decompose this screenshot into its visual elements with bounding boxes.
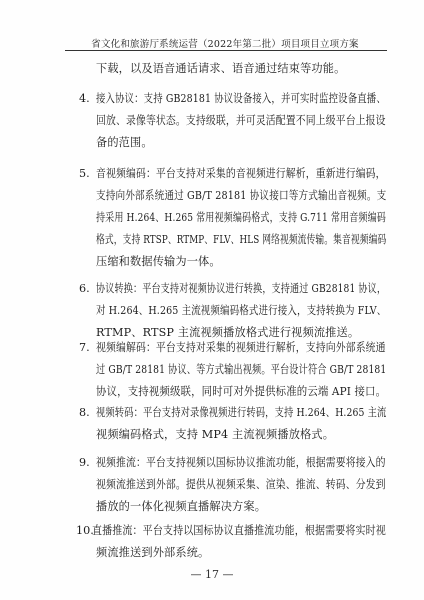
item-line: 回放、录像等状态。支持级联，并可灵活配置不同上级平台上报设 — [96, 114, 386, 128]
item-line: RTMP、RTSP 主流视频播放格式进行视频流推送。 — [96, 326, 359, 340]
item-number: 4. — [79, 92, 90, 106]
item-line: 视频流推送到外部。提供从视频采集、渲染、推流、转码、分发到 — [96, 478, 386, 492]
item-line: 接入协议：支持 GB28181 协议设备接入，并可实时监控设备直播、 — [96, 92, 386, 106]
item-line: 音视频编码：平台支持对采集的音视频进行解析，重新进行编码， — [96, 167, 386, 181]
continuation-line: 下载，以及语音通话请求、语音通过结束等功能。 — [96, 62, 345, 76]
item-line: 视频推流：平台支持视频以国标协议推流功能，根据需要将接入的 — [96, 456, 386, 470]
item-number: 9. — [79, 456, 90, 470]
item-line: 协议，支持视频级联，同时可对外提供标准的云端 API 接口。 — [96, 385, 386, 399]
item-line: 播放的一体化视频直播解决方案。 — [96, 500, 266, 514]
running-header: 省文化和旅游厅系统运营（2022年第二批）项目项目立项方案 — [65, 36, 385, 50]
item-line: 频流推送到外部系统。 — [96, 546, 209, 560]
item-number: 6. — [79, 282, 90, 296]
item-line: 对 H.264、H.265 主流视频编码格式进行接入，支持转换为 FLV、 — [96, 304, 386, 318]
item-line: 支持向外部系统通过 GB/T 28181 协议接口等方式输出音视频。支 — [96, 189, 386, 203]
item-number: 8. — [79, 406, 90, 420]
page-number: — 17 — — [0, 568, 424, 581]
item-line: 压缩和数据传输为一体。 — [96, 255, 221, 269]
item-number: 5. — [79, 167, 90, 181]
item-line: 视频编解码：平台支持对采集的视频进行解析，支持向外部系统通 — [96, 341, 386, 355]
item-line: 视频转码：平台支持对录像视频进行转码，支持 H.264、H.265 主流 — [96, 406, 386, 420]
header-rule — [65, 50, 387, 51]
item-line: 协议转换：平台支持对视频协议进行转换，支持通过 GB28181 协议， — [96, 282, 386, 296]
item-line: 视频编码格式，支持 MP4 主流视频播放格式。 — [96, 428, 334, 442]
item-line: 过 GB/T 28181 协议、等方式输出视频。平台设计符合 GB/T 2818… — [96, 363, 386, 377]
item-number: 7. — [79, 341, 90, 355]
document-page: 省文化和旅游厅系统运营（2022年第二批）项目项目立项方案 下载，以及语音通话请… — [0, 0, 424, 600]
item-line: 格式，支持 RTSP、RTMP、FLV、HLS 网络视频流传输。集音视频编码 — [96, 233, 386, 247]
item-line: 直播推流：平台支持以国标协议直播推流功能，根据需要将实时视 — [92, 524, 386, 538]
item-line: 持采用 H.264、H.265 常用视频编码格式，支持 G.711 常用音频编码 — [96, 211, 386, 225]
item-line: 备的范围。 — [96, 136, 153, 150]
